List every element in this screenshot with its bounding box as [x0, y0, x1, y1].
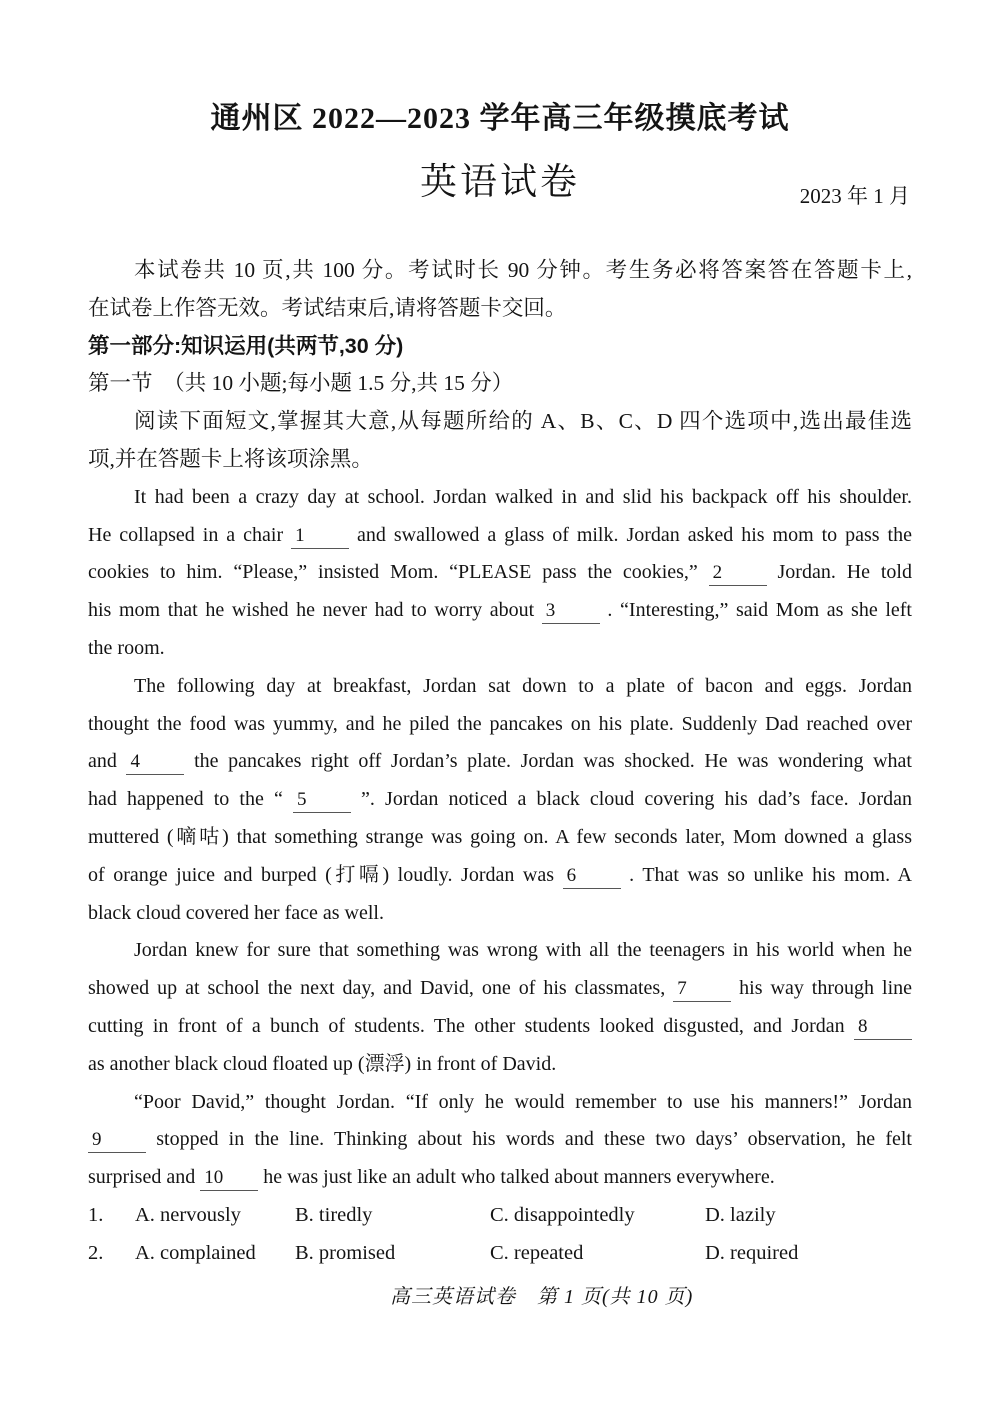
text-line: Jordan knew for sure that something was … — [88, 932, 912, 970]
option-A: A. complained — [135, 1235, 295, 1273]
text-line: as another black cloud floated up (漂浮) i… — [88, 1046, 912, 1084]
text-line: cutting in front of a bunch of students.… — [88, 1008, 912, 1046]
text-line: 阅读下面短文,掌握其大意,从每题所给的 A、B、C、D 四个选项中,选出最佳选 — [88, 403, 912, 441]
text-line: cookies to him. “Please,” insisted Mom. … — [88, 554, 912, 592]
exam-title: 通州区 2022—2023 学年高三年级摸底考试 — [0, 100, 1000, 138]
page-footer: 高三英语试卷 第 1 页(共 10 页) — [390, 1284, 693, 1310]
text-line: the room. — [88, 630, 912, 668]
cloze-blank-1: 1 — [291, 524, 349, 549]
text-line: thought the food was yummy, and he piled… — [88, 706, 912, 744]
cloze-blank-8: 8 — [854, 1015, 912, 1040]
cloze-blank-4: 4 — [126, 750, 184, 775]
cloze-blank-3: 3 — [542, 599, 600, 624]
cloze-blank-5: 5 — [293, 788, 351, 813]
text-line: of orange juice and burped (打嗝) loudly. … — [88, 857, 912, 895]
text-line: He collapsed in a chair 1 and swallowed … — [88, 517, 912, 555]
option-D: D. required — [705, 1235, 912, 1273]
text-line: 在试卷上作答无效。考试结束后,请将答题卡交回。 — [88, 290, 912, 328]
option-B: B. promised — [295, 1235, 490, 1273]
cloze-questions: 1.A. nervouslyB. tiredlyC. disappointedl… — [88, 1197, 912, 1273]
cloze-instructions: 阅读下面短文,掌握其大意,从每题所给的 A、B、C、D 四个选项中,选出最佳选项… — [88, 403, 912, 479]
text-line: his mom that he wished he never had to w… — [88, 592, 912, 630]
cloze-blank-6: 6 — [563, 864, 621, 889]
page-body: 本试卷共 10 页,共 100 分。考试时长 90 分钟。考生务必将答案答在答题… — [88, 252, 912, 1273]
text-line: muttered (嘀咕) that something strange was… — [88, 819, 912, 857]
text-line: surprised and 10 he was just like an adu… — [88, 1159, 912, 1197]
text-line: 项,并在答题卡上将该项涂黑。 — [88, 441, 912, 479]
exam-notice: 本试卷共 10 页,共 100 分。考试时长 90 分钟。考生务必将答案答在答题… — [88, 252, 912, 328]
text-line: had happened to the “ 5 ”. Jordan notice… — [88, 781, 912, 819]
cloze-blank-10: 10 — [200, 1166, 258, 1191]
cloze-blank-7: 7 — [673, 977, 731, 1002]
option-C: C. repeated — [490, 1235, 705, 1273]
text-line: “Poor David,” thought Jordan. “If only h… — [88, 1084, 912, 1122]
option-B: B. tiredly — [295, 1197, 490, 1235]
text-line: 本试卷共 10 页,共 100 分。考试时长 90 分钟。考生务必将答案答在答题… — [88, 252, 912, 290]
text-line: It had been a crazy day at school. Jorda… — [88, 479, 912, 517]
option-A: A. nervously — [135, 1197, 295, 1235]
text-line: black cloud covered her face as well. — [88, 895, 912, 933]
cloze-passage: It had been a crazy day at school. Jorda… — [88, 479, 912, 1197]
text-line: showed up at school the next day, and Da… — [88, 970, 912, 1008]
question-number: 2. — [88, 1235, 135, 1273]
question-row-1: 1.A. nervouslyB. tiredlyC. disappointedl… — [88, 1197, 912, 1235]
question-number: 1. — [88, 1197, 135, 1235]
cloze-blank-2: 2 — [709, 561, 767, 586]
text-line: 9 stopped in the line. Thinking about hi… — [88, 1121, 912, 1159]
section1-heading: 第一节 （共 10 小题;每小题 1.5 分,共 15 分） — [88, 365, 912, 403]
exam-page: 通州区 2022—2023 学年高三年级摸底考试 英语试卷 2023 年 1 月… — [0, 0, 1000, 1405]
part1-heading: 第一部分:知识运用(共两节,30 分) — [88, 328, 912, 366]
question-row-2: 2.A. complainedB. promisedC. repeatedD. … — [88, 1235, 912, 1273]
option-D: D. lazily — [705, 1197, 912, 1235]
exam-date: 2023 年 1 月 — [800, 183, 910, 209]
text-line: The following day at breakfast, Jordan s… — [88, 668, 912, 706]
cloze-blank-9: 9 — [88, 1128, 146, 1153]
option-C: C. disappointedly — [490, 1197, 705, 1235]
text-line: and 4 the pancakes right off Jordan’s pl… — [88, 743, 912, 781]
